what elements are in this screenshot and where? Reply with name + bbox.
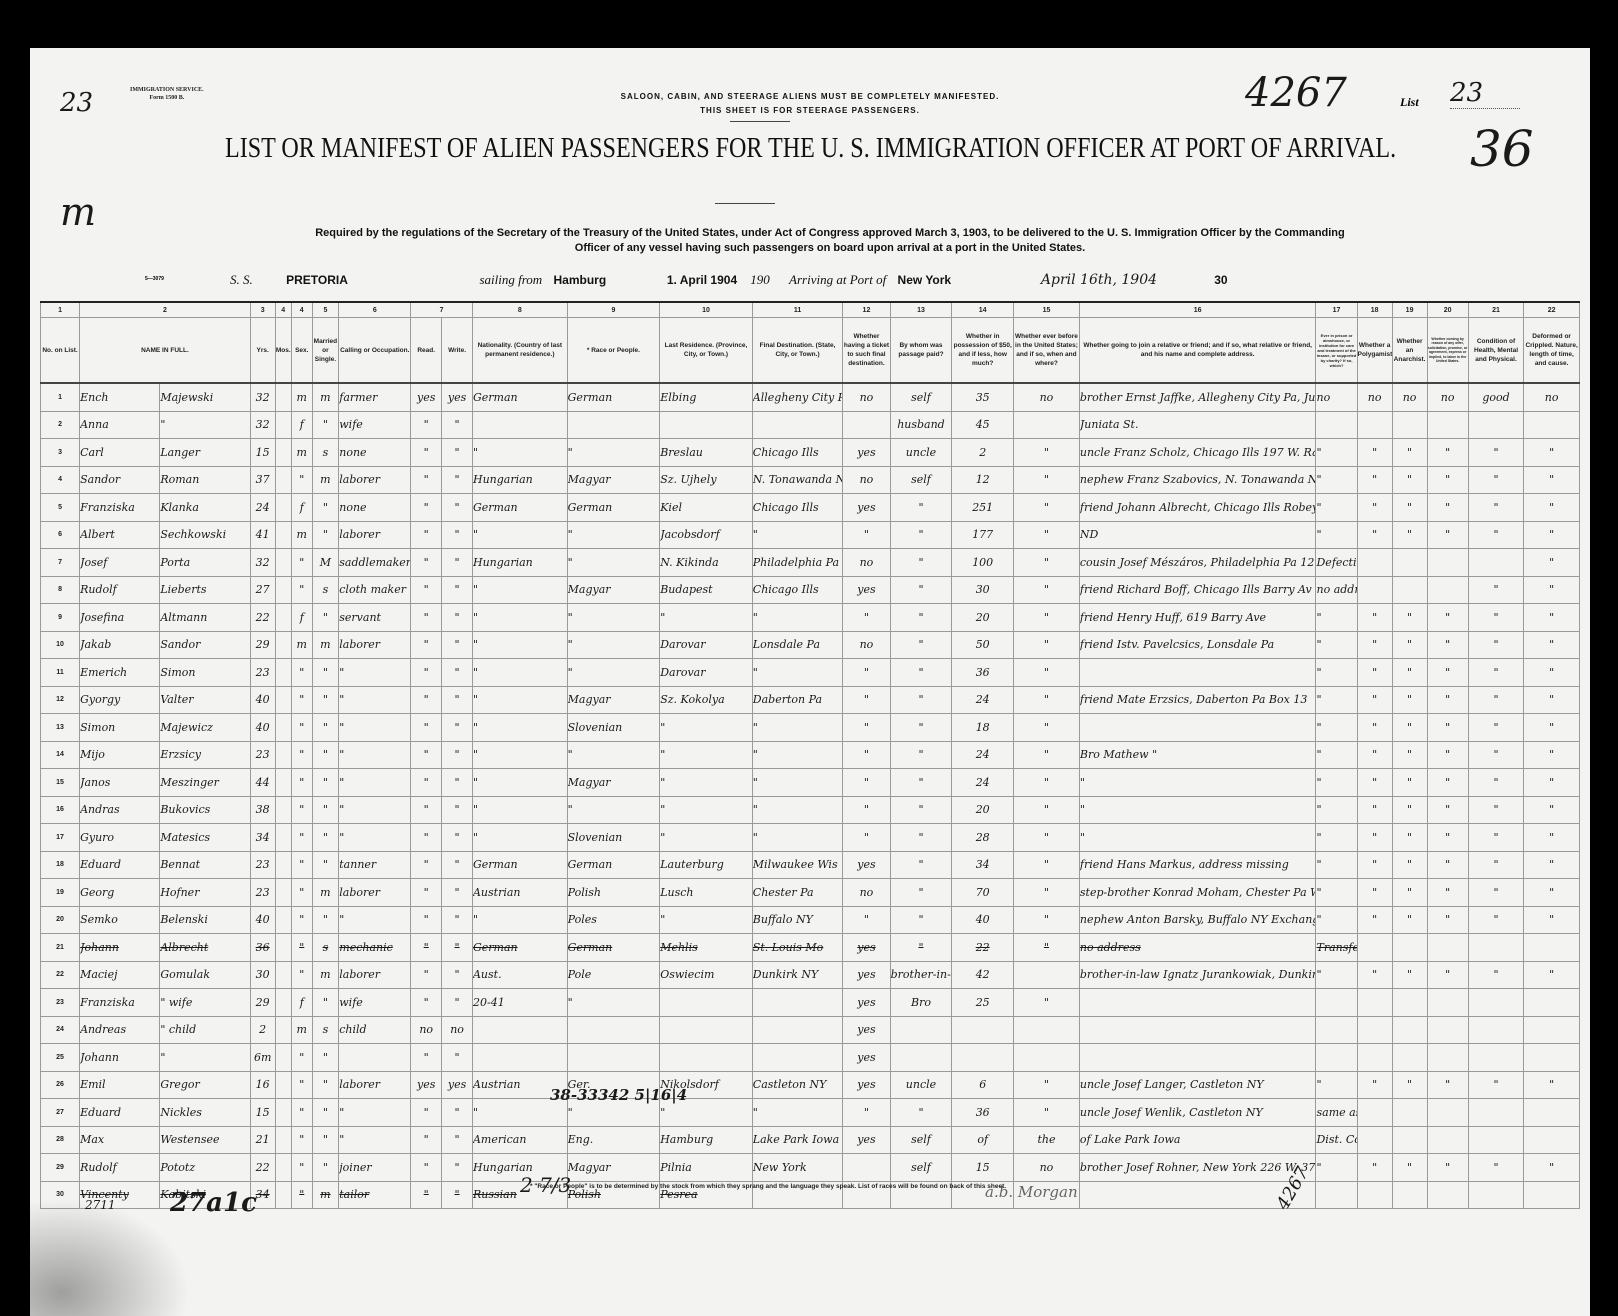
cell-sex: " [291, 576, 312, 604]
list-label: List [1400, 95, 1419, 110]
cell-health: " [1468, 686, 1524, 714]
cell-anar: " [1392, 1154, 1427, 1182]
cell-read: " [411, 1181, 442, 1209]
cell-res: Darovar [660, 659, 753, 687]
col-num: 7 [411, 302, 473, 318]
cell-nat: German [472, 494, 567, 522]
cell-age-months [275, 989, 291, 1017]
cell-prison: " [1316, 961, 1357, 989]
row-number: 6 [41, 521, 80, 549]
cell-relative: " [1079, 769, 1316, 797]
cell-dest: Chicago Ills [752, 439, 843, 467]
cell-prison: " [1316, 631, 1357, 659]
cell-before: " [1014, 906, 1080, 934]
cell-prison: " [1316, 714, 1357, 742]
cell-money: 40 [952, 906, 1014, 934]
cell-poly: " [1357, 659, 1392, 687]
cell-ms: m [312, 383, 339, 411]
cell-read: " [411, 879, 442, 907]
cell-read: " [411, 824, 442, 852]
cell-deform: " [1524, 769, 1580, 797]
cell-deform: no [1524, 383, 1580, 411]
cell-nat: German [472, 851, 567, 879]
cell-prison: Defective eye, blind in one eye [1316, 549, 1357, 577]
cell-nat: Hungarian [472, 466, 567, 494]
header-health: Condition of Health, Mental and Physical… [1468, 318, 1524, 384]
cell-first: Josef [80, 549, 160, 577]
cell-ticket: no [843, 879, 890, 907]
col-num: 17 [1316, 302, 1357, 318]
cell-deform: " [1524, 466, 1580, 494]
ship-name: PRETORIA [256, 273, 476, 287]
row-number: 11 [41, 659, 80, 687]
cell-prison: Dist. Court Jackson Co. Minnes. Nov 17 1… [1316, 1126, 1357, 1154]
cell-ticket: yes [843, 439, 890, 467]
table-row: 15JanosMeszinger44""""""Magyar""""24""""… [41, 769, 1580, 797]
cell-write: yes [442, 383, 473, 411]
cell-ms: " [312, 604, 339, 632]
cell-first: Jakab [80, 631, 160, 659]
cell-ticket: " [843, 659, 890, 687]
cell-race: Slovenian [567, 714, 660, 742]
cell-poly: " [1357, 631, 1392, 659]
cell-read: " [411, 604, 442, 632]
cell-relative: nephew Anton Barsky, Buffalo NY Exchange… [1079, 906, 1316, 934]
cell-relative: " [1079, 824, 1316, 852]
cell-anar [1392, 1016, 1427, 1044]
cell-relative: uncle Franz Scholz, Chicago Ills 197 W. … [1079, 439, 1316, 467]
cell-write: " [442, 1126, 473, 1154]
cell-deform: " [1524, 824, 1580, 852]
cell-dest [752, 989, 843, 1017]
cell-deform: " [1524, 439, 1580, 467]
cell-first: Eduard [80, 1099, 160, 1127]
cell-job: wife [339, 989, 411, 1017]
row-number: 23 [41, 989, 80, 1017]
table-row: 12GyorgyValter40""""""MagyarSz. KokolyaD… [41, 686, 1580, 714]
cell-relative [1079, 659, 1316, 687]
cell-relative: of Lake Park Iowa [1079, 1126, 1316, 1154]
cell-res: " [660, 714, 753, 742]
annotation-small: 2711 [85, 1198, 116, 1212]
cell-res: Sz. Kokolya [660, 686, 753, 714]
cell-write: " [442, 604, 473, 632]
cell-paid: " [890, 714, 952, 742]
cell-ms: s [312, 439, 339, 467]
header-sex: Sex. [291, 318, 312, 384]
cell-age-months [275, 961, 291, 989]
cell-health: " [1468, 796, 1524, 824]
cell-anar: " [1392, 796, 1427, 824]
header-final-destination: Final Destination. (State, City, or Town… [752, 318, 843, 384]
cell-deform: " [1524, 851, 1580, 879]
cell-last: Albrecht [160, 934, 251, 962]
cell-race: Magyar [567, 466, 660, 494]
cell-ticket: yes [843, 851, 890, 879]
cell-before: " [1014, 604, 1080, 632]
cell-age-months [275, 1071, 291, 1099]
cell-read: " [411, 439, 442, 467]
cell-nat [472, 411, 567, 439]
cell-age: 29 [250, 631, 275, 659]
cell-res: Lauterburg [660, 851, 753, 879]
cell-last: Belenski [160, 906, 251, 934]
cell-race [567, 1016, 660, 1044]
cell-money: 12 [952, 466, 1014, 494]
cell-health [1468, 989, 1524, 1017]
cell-nat: " [472, 769, 567, 797]
cell-write: no [442, 1016, 473, 1044]
cell-poly: " [1357, 466, 1392, 494]
table-row: 1EnchMajewski32mmfarmeryesyesGermanGerma… [41, 383, 1580, 411]
cell-anar [1392, 989, 1427, 1017]
cell-paid: " [890, 741, 952, 769]
cell-ticket: " [843, 769, 890, 797]
cell-money: 28 [952, 824, 1014, 852]
cell-first: Semko [80, 906, 160, 934]
cell-job: " [339, 769, 411, 797]
cell-health: " [1468, 604, 1524, 632]
cell-contract: " [1427, 604, 1468, 632]
cell-res: Breslau [660, 439, 753, 467]
cell-contract: " [1427, 659, 1468, 687]
cell-before: the [1014, 1126, 1080, 1154]
cell-age: 32 [250, 549, 275, 577]
cell-last: Erzsicy [160, 741, 251, 769]
cell-health: " [1468, 631, 1524, 659]
cell-poly: " [1357, 961, 1392, 989]
cell-sex: " [291, 466, 312, 494]
cell-read: " [411, 714, 442, 742]
cell-read: " [411, 961, 442, 989]
cell-sex: f [291, 411, 312, 439]
cell-first: Sandor [80, 466, 160, 494]
cell-before: " [1014, 659, 1080, 687]
cell-ms: s [312, 934, 339, 962]
row-number: 19 [41, 879, 80, 907]
cell-ticket: " [843, 521, 890, 549]
table-row: 19GeorgHofner23"mlaborer""AustrianPolish… [41, 879, 1580, 907]
cell-res: Darovar [660, 631, 753, 659]
cell-relative: friend Richard Boff, Chicago Ills Barry … [1079, 576, 1316, 604]
cell-first: Simon [80, 714, 160, 742]
cell-anar [1392, 549, 1427, 577]
cell-first: Vincenty [80, 1181, 160, 1209]
table-row: 29RudolfPototz22""joiner""HungarianMagya… [41, 1154, 1580, 1182]
cell-paid: " [890, 631, 952, 659]
cell-job: " [339, 659, 411, 687]
cell-dest: N. Tonawanda NY [752, 466, 843, 494]
cell-prison: " [1316, 851, 1357, 879]
cell-read: " [411, 851, 442, 879]
cell-prison [1316, 989, 1357, 1017]
handwritten-corner-mark: m [60, 190, 96, 234]
cell-before: " [1014, 851, 1080, 879]
cell-relative: brother Ernst Jaffke, Allegheny City Pa,… [1079, 383, 1316, 411]
cell-ticket: no [843, 466, 890, 494]
cell-first: Albert [80, 521, 160, 549]
cell-age: 16 [250, 1071, 275, 1099]
cell-before: " [1014, 741, 1080, 769]
row-number: 9 [41, 604, 80, 632]
cell-contract: " [1427, 879, 1468, 907]
table-row: 17GyuroMatesics34""""""Slovenian""""28""… [41, 824, 1580, 852]
cell-res [660, 411, 753, 439]
table-row: 24Andreas" child2mschildnonoyes [41, 1016, 1580, 1044]
cell-res: Kiel [660, 494, 753, 522]
cell-before: " [1014, 824, 1080, 852]
cell-race: Magyar [567, 686, 660, 714]
cell-age: 44 [250, 769, 275, 797]
sailing-label: sailing from [479, 272, 542, 287]
cell-sex: " [291, 714, 312, 742]
ss-label: S. S. [230, 272, 253, 287]
cell-contract: " [1427, 494, 1468, 522]
cell-anar: " [1392, 631, 1427, 659]
cell-age: 22 [250, 604, 275, 632]
cell-read: " [411, 521, 442, 549]
cell-money: 20 [952, 796, 1014, 824]
cell-sex: " [291, 851, 312, 879]
cell-ticket: " [843, 604, 890, 632]
cell-relative [1079, 714, 1316, 742]
cell-paid: uncle [890, 1071, 952, 1099]
table-row: 11EmerichSimon23"""""""Darovar"""36"""""… [41, 659, 1580, 687]
cell-first: Andreas [80, 1016, 160, 1044]
cell-write: " [442, 1044, 473, 1072]
cell-prison: no address [1316, 576, 1357, 604]
header-age-mos: Mos. [275, 318, 291, 384]
col-num: 16 [1079, 302, 1316, 318]
cell-job: joiner [339, 1154, 411, 1182]
row-number: 29 [41, 1154, 80, 1182]
cell-deform: " [1524, 521, 1580, 549]
cell-relative: Juniata St. [1079, 411, 1316, 439]
cell-age-months [275, 1126, 291, 1154]
cell-ticket: " [843, 906, 890, 934]
cell-paid: " [890, 686, 952, 714]
cell-prison: same as #26 to Ontario Hoboken [1316, 1099, 1357, 1127]
cell-job: " [339, 686, 411, 714]
cell-money: 36 [952, 1099, 1014, 1127]
cell-deform [1524, 1181, 1580, 1209]
cell-contract: " [1427, 769, 1468, 797]
row-number: 10 [41, 631, 80, 659]
cell-res [660, 989, 753, 1017]
passenger-count: 30 [1214, 273, 1227, 287]
cell-money: 18 [952, 714, 1014, 742]
cell-health: " [1468, 851, 1524, 879]
cell-sex: " [291, 879, 312, 907]
header-nationality: Nationality. (Country of last permanent … [472, 318, 567, 384]
cell-relative [1079, 1044, 1316, 1072]
cell-read: " [411, 494, 442, 522]
cell-sex: " [291, 686, 312, 714]
handwritten-ref-number: 4267 [1245, 70, 1347, 116]
cell-dest: St. Louis Mo [752, 934, 843, 962]
col-num: 18 [1357, 302, 1392, 318]
cell-anar: " [1392, 961, 1427, 989]
cell-poly [1357, 549, 1392, 577]
cell-ms: " [312, 851, 339, 879]
cell-first: Rudolf [80, 1154, 160, 1182]
cell-sex: " [291, 824, 312, 852]
cell-first: Anna [80, 411, 160, 439]
cell-first: Mijo [80, 741, 160, 769]
cell-last: Matesics [160, 824, 251, 852]
row-number: 16 [41, 796, 80, 824]
cell-write: " [442, 549, 473, 577]
cell-before [1014, 961, 1080, 989]
cell-anar [1392, 576, 1427, 604]
cell-race: Magyar [567, 1154, 660, 1182]
cell-job: laborer [339, 961, 411, 989]
cell-first: Rudolf [80, 576, 160, 604]
cell-relative [1079, 989, 1316, 1017]
cell-paid: Bro [890, 989, 952, 1017]
cell-first: Johann [80, 934, 160, 962]
cell-before: no [1014, 1154, 1080, 1182]
cell-money: 30 [952, 576, 1014, 604]
cell-deform: " [1524, 494, 1580, 522]
cell-contract [1427, 576, 1468, 604]
cell-anar: no [1392, 383, 1427, 411]
cell-poly [1357, 1099, 1392, 1127]
cell-health [1468, 1016, 1524, 1044]
cell-prison [1316, 1016, 1357, 1044]
cell-age: 29 [250, 989, 275, 1017]
cell-ms: " [312, 411, 339, 439]
cell-ms: " [312, 714, 339, 742]
cell-paid: " [890, 1099, 952, 1127]
cell-job: laborer [339, 466, 411, 494]
regulation-line-1: Required by the regulations of the Secre… [140, 226, 1520, 241]
cell-deform [1524, 934, 1580, 962]
cell-job: " [339, 714, 411, 742]
cell-last: Westensee [160, 1126, 251, 1154]
cell-job: child [339, 1016, 411, 1044]
cell-age-months [275, 631, 291, 659]
cell-race: " [567, 631, 660, 659]
row-number: 17 [41, 824, 80, 852]
cell-before: " [1014, 879, 1080, 907]
cell-ticket: no [843, 383, 890, 411]
cell-age: 21 [250, 1126, 275, 1154]
cell-sex: m [291, 521, 312, 549]
annotation-serial: 38-33342 5|16|4 [550, 1086, 687, 1104]
cell-age-months [275, 576, 291, 604]
cell-job: farmer [339, 383, 411, 411]
cell-relative: friend Hans Markus, address missing [1079, 851, 1316, 879]
cell-relative: " [1079, 796, 1316, 824]
cell-contract: " [1427, 1154, 1468, 1182]
sailing-date: 1. April 1904 [667, 273, 747, 287]
cell-read: " [411, 466, 442, 494]
sheet-number: 36 [1470, 120, 1534, 178]
arrival-port: New York [890, 273, 1038, 287]
cell-ticket: " [843, 1099, 890, 1127]
cell-deform: " [1524, 686, 1580, 714]
cell-contract [1427, 549, 1468, 577]
cell-read: " [411, 934, 442, 962]
col-num: 19 [1392, 302, 1427, 318]
cell-poly [1357, 1181, 1392, 1209]
cell-prison: " [1316, 879, 1357, 907]
row-number: 7 [41, 549, 80, 577]
cell-ms: " [312, 1071, 339, 1099]
cell-age: 38 [250, 796, 275, 824]
cell-last: Gregor [160, 1071, 251, 1099]
cell-age-months [275, 769, 291, 797]
cell-ticket [843, 1154, 890, 1182]
cell-dest: Daberton Pa [752, 686, 843, 714]
cell-age: 41 [250, 521, 275, 549]
table-row: 10JakabSandor29mmlaborer""""DarovarLonsd… [41, 631, 1580, 659]
manifest-table: 1 2 3 4 4 5 6 7 8 9 10 11 12 13 14 15 16… [40, 301, 1580, 1209]
cell-health: " [1468, 521, 1524, 549]
cell-dest: New York [752, 1154, 843, 1182]
cell-health: " [1468, 494, 1524, 522]
cell-poly [1357, 989, 1392, 1017]
cell-first: Josefina [80, 604, 160, 632]
cell-money: 22 [952, 934, 1014, 962]
cell-contract: " [1427, 1071, 1468, 1099]
cell-anar [1392, 1099, 1427, 1127]
cell-contract [1427, 1126, 1468, 1154]
cell-ms: " [312, 906, 339, 934]
cell-write: " [442, 989, 473, 1017]
cell-write: " [442, 521, 473, 549]
cell-contract: " [1427, 796, 1468, 824]
cell-anar: " [1392, 466, 1427, 494]
cell-race: Eng. [567, 1126, 660, 1154]
manifest-sheet: IMMIGRATION SERVICE. Form 1500 B. 23 m S… [30, 48, 1590, 1316]
cell-relative: nephew Franz Szabovics, N. Tonawanda NY … [1079, 466, 1316, 494]
cell-money: 25 [952, 989, 1014, 1017]
cell-age-months [275, 906, 291, 934]
cell-contract [1427, 1099, 1468, 1127]
cell-job: " [339, 741, 411, 769]
cell-race: Polish [567, 879, 660, 907]
cell-dest [752, 411, 843, 439]
cell-ms: " [312, 494, 339, 522]
form-code: 5—3079 [145, 276, 164, 282]
cell-poly [1357, 1126, 1392, 1154]
cell-money: of [952, 1126, 1014, 1154]
cell-res: Pilnia [660, 1154, 753, 1182]
cell-contract: " [1427, 631, 1468, 659]
cell-poly: " [1357, 604, 1392, 632]
cell-dest: " [752, 659, 843, 687]
table-row: 16AndrasBukovics38"""""""""""20"""""""" [41, 796, 1580, 824]
cell-age-months [275, 934, 291, 962]
annotation-code: 27a1c [170, 1188, 257, 1218]
cell-job: " [339, 1099, 411, 1127]
table-row: 26EmilGregor16""laboreryesyesAustrianGer… [41, 1071, 1580, 1099]
cell-ms: " [312, 741, 339, 769]
cell-last: Majewicz [160, 714, 251, 742]
cell-before: " [1014, 714, 1080, 742]
cell-last: Valter [160, 686, 251, 714]
cell-write: " [442, 741, 473, 769]
cell-race: " [567, 604, 660, 632]
cell-poly: " [1357, 796, 1392, 824]
cell-health [1468, 1099, 1524, 1127]
header-no: No. on List. [41, 318, 80, 384]
cell-dest: Dunkirk NY [752, 961, 843, 989]
cell-money: 2 [952, 439, 1014, 467]
cell-paid: " [890, 576, 952, 604]
